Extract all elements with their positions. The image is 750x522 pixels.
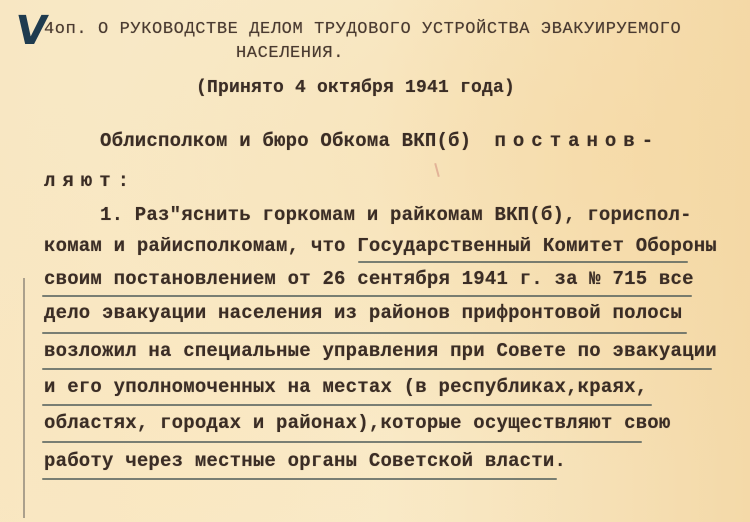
body-line-7: областях, городах и районах),которые осу…	[44, 412, 671, 434]
underline	[42, 332, 687, 334]
body-line-3: своим постановлением от 26 сентября 1941…	[44, 268, 694, 290]
body-line-1: 1. Раз"яснить горкомам и райкомам ВКП(б)…	[100, 204, 692, 226]
preamble-line-1: Облисполком и бюро Обкома ВКП(б) постано…	[100, 130, 660, 152]
body-line-8: работу через местные органы Советской вл…	[44, 450, 566, 472]
document-title: 4оп. О РУКОВОДСТВЕ ДЕЛОМ ТРУДОВОГО УСТРО…	[44, 20, 681, 39]
body-line-4: дело эвакуации населения из районов приф…	[44, 302, 682, 324]
body-line-5: возложил на специальные управления при С…	[44, 340, 717, 362]
underline	[42, 441, 642, 443]
document-number: 4оп.	[44, 20, 87, 39]
title-line-1: О РУКОВОДСТВЕ ДЕЛОМ ТРУДОВОГО УСТРОЙСТВА…	[98, 20, 681, 39]
preamble-line-2: ляют:	[44, 170, 136, 192]
preamble-spaced-word: постанов-	[494, 130, 660, 152]
underline	[42, 295, 692, 297]
document-page: V 4оп. О РУКОВОДСТВЕ ДЕЛОМ ТРУДОВОГО УСТ…	[0, 0, 750, 522]
underline	[358, 261, 688, 263]
underline	[42, 368, 712, 370]
preamble-text: Облисполком и бюро Обкома ВКП(б)	[100, 130, 471, 152]
title-line-2: НАСЕЛЕНИЯ.	[236, 44, 344, 63]
underline	[42, 478, 557, 480]
body-line-6: и его уполномоченных на местах (в респуб…	[44, 376, 647, 398]
red-pencil-mark	[434, 163, 440, 177]
underline	[42, 404, 652, 406]
adopted-date: (Принято 4 октября 1941 года)	[196, 78, 515, 98]
margin-line	[23, 278, 25, 518]
body-line-2: комам и райисполкомам, что Государственн…	[44, 235, 717, 257]
